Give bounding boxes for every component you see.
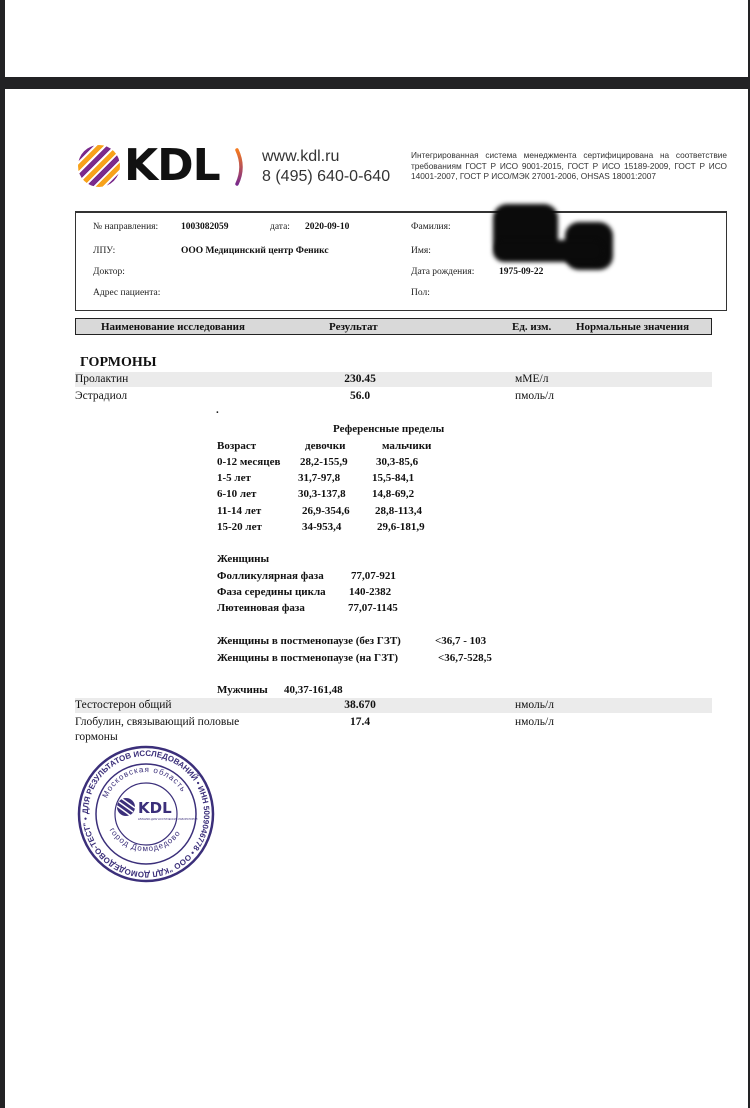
kdl-logo-ball-icon	[78, 145, 120, 187]
ref-age: 15-20 лет	[217, 521, 262, 533]
phase-label: Фаза середины цикла	[217, 586, 326, 598]
birthdate-value: 1975-09-22	[499, 267, 543, 277]
col-unit: Ед. изм.	[512, 321, 551, 333]
ref-col-boys: мальчики	[382, 440, 431, 452]
ref-boys: 28,8-113,4	[375, 505, 422, 517]
birthdate-label: Дата рождения:	[411, 267, 474, 277]
referral-label: № направления:	[93, 222, 158, 232]
svg-text:КЛИНИКО-ДИАГНОСТИЧЕСКИЕ ЛАБОРА: КЛИНИКО-ДИАГНОСТИЧЕСКИЕ ЛАБОРАТОРИИ	[138, 817, 198, 821]
previous-page-fragment	[5, 0, 748, 77]
certification-note: Интегрированная система менеджмента серт…	[411, 150, 727, 182]
phase-label: Фолликулярная фаза	[217, 570, 324, 582]
sex-label: Пол:	[411, 288, 430, 298]
ref-age: 1-5 лет	[217, 472, 251, 484]
table-row: Тестостерон общий 38.670 нмоль/л	[75, 698, 712, 713]
svg-text:KDL: KDL	[138, 799, 172, 817]
reference-title: Референсные пределы	[333, 423, 444, 435]
table-row: Эстрадиол 56.0 пмоль/л	[75, 389, 712, 404]
redaction-mark	[493, 240, 603, 262]
ref-col-girls: девочки	[305, 440, 345, 452]
lpu-value: ООО Медицинский центр Феникс	[181, 246, 329, 256]
lpu-label: ЛПУ:	[93, 246, 115, 256]
surname-label: Фамилия:	[411, 222, 451, 232]
ref-boys: 14,8-69,2	[372, 488, 414, 500]
men-label: Мужчины	[217, 684, 268, 696]
table-row: Глобулин, связывающий половые гормоны 17…	[75, 715, 712, 745]
ref-col-age: Возраст	[217, 440, 256, 452]
ref-girls: 26,9-354,6	[302, 505, 350, 517]
address-label: Адрес пациента:	[93, 288, 160, 298]
col-normal-values: Нормальные значения	[576, 321, 689, 333]
ref-girls: 31,7-97,8	[298, 472, 340, 484]
col-test-name: Наименование исследования	[101, 321, 245, 333]
results-table-header: Наименование исследования Результат Ед. …	[75, 318, 712, 335]
ref-girls: 30,3-137,8	[298, 488, 346, 500]
referral-date: 2020-09-10	[305, 222, 349, 232]
phase-label: Лютеиновая фаза	[217, 602, 305, 614]
ref-girls: 28,2-155,9	[300, 456, 348, 468]
chevron-right-icon	[234, 148, 248, 186]
section-title: ГОРМОНЫ	[80, 355, 156, 371]
lab-stamp-seal: ДЛЯ РЕЗУЛЬТАТОВ ИССЛЕДОВАНИЙ • ИНН 50090…	[76, 744, 216, 884]
patient-info-box	[75, 211, 727, 311]
ref-boys: 15,5-84,1	[372, 472, 414, 484]
women-title: Женщины	[217, 553, 269, 565]
ref-age: 11-14 лет	[217, 505, 261, 517]
referral-number: 1003082059	[181, 222, 229, 232]
svg-text:Московская область: Московская область	[101, 765, 189, 799]
postmeno-label: Женщины в постменопаузе (без ГЗТ)	[217, 635, 401, 647]
phase-value: 77,07-1145	[348, 602, 398, 614]
col-result: Результат	[329, 321, 378, 333]
contact-block: www.kdl.ru 8 (495) 640-0-640	[262, 147, 390, 187]
doctor-label: Доктор:	[93, 267, 125, 277]
ref-boys: 30,3-85,6	[376, 456, 418, 468]
men-value: 40,37-161,48	[284, 684, 343, 696]
table-row: Пролактин 230.45 мМЕ/л	[75, 372, 712, 387]
phase-value: 140-2382	[349, 586, 391, 598]
dot-mark: .	[216, 404, 219, 416]
postmeno-value: <36,7-528,5	[438, 652, 492, 664]
ref-age: 0-12 месяцев	[217, 456, 280, 468]
postmeno-label: Женщины в постменопаузе (на ГЗТ)	[217, 652, 398, 664]
ref-age: 6-10 лет	[217, 488, 256, 500]
phase-value: 77,07-921	[351, 570, 396, 582]
phone-number: 8 (495) 640-0-640	[262, 167, 390, 187]
kdl-logo-text: KDL	[124, 140, 220, 192]
postmeno-value: <36,7 - 103	[435, 635, 486, 647]
ref-boys: 29,6-181,9	[377, 521, 425, 533]
name-label: Имя:	[411, 246, 431, 256]
date-label: дата:	[270, 222, 290, 232]
website-link[interactable]: www.kdl.ru	[262, 147, 390, 167]
ref-girls: 34-953,4	[302, 521, 341, 533]
